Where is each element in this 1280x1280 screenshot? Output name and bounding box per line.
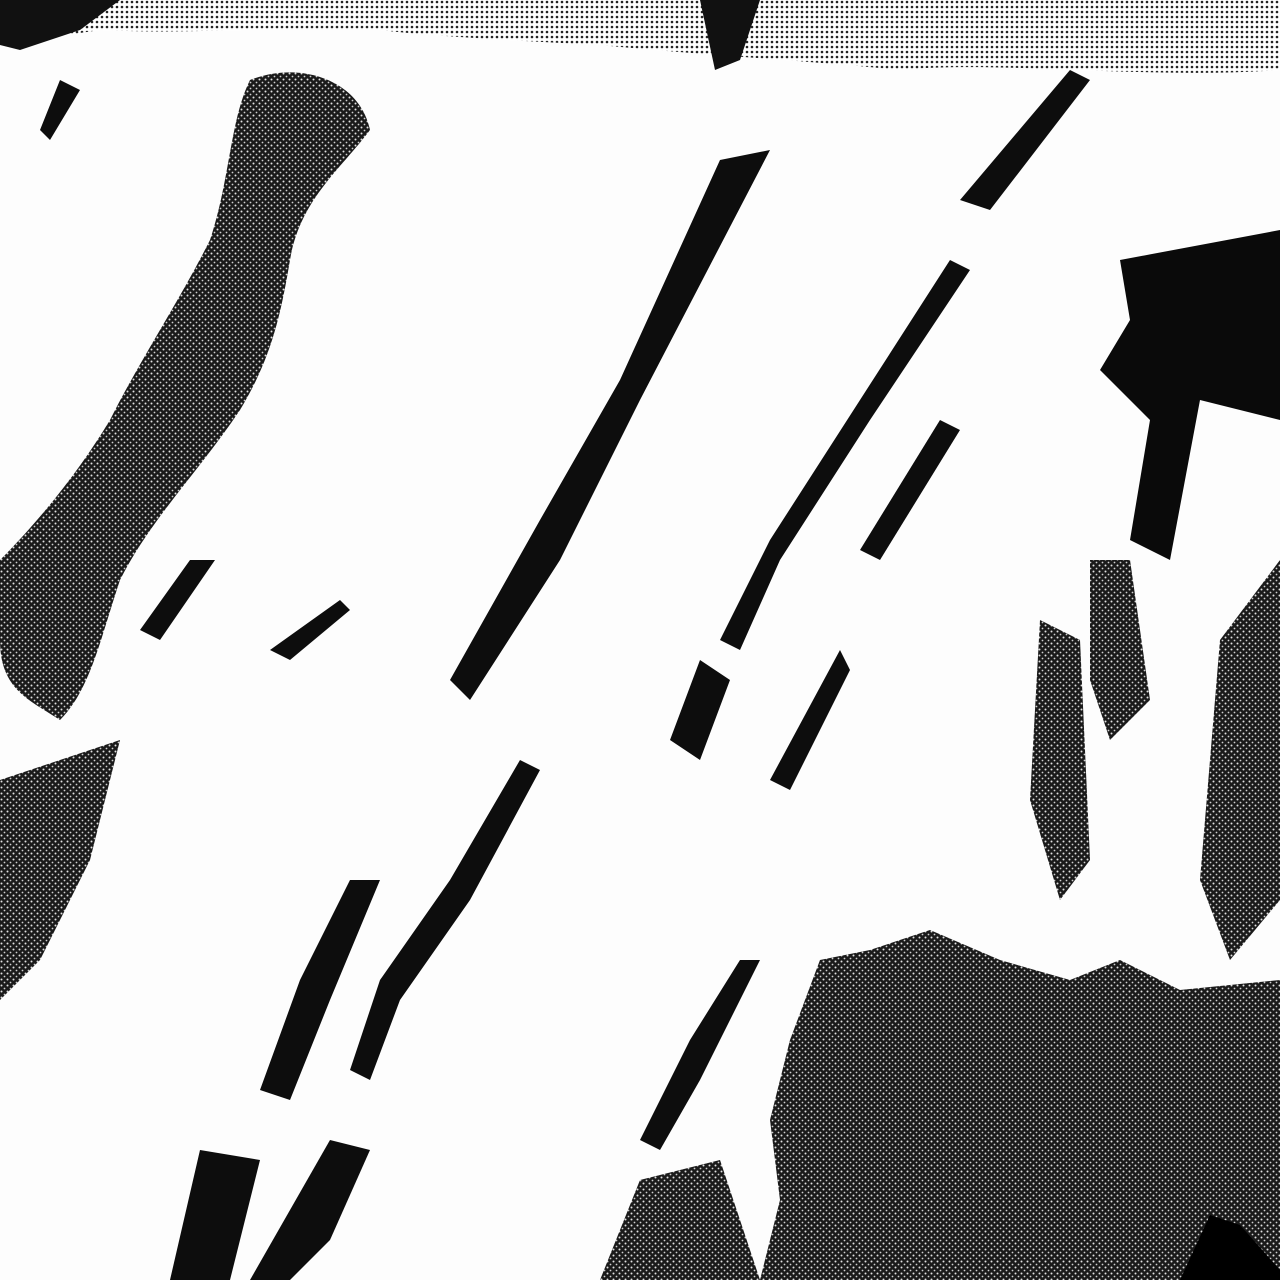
snowy-mountain-photo (0, 0, 1280, 1280)
photo-canvas (0, 0, 1280, 1280)
